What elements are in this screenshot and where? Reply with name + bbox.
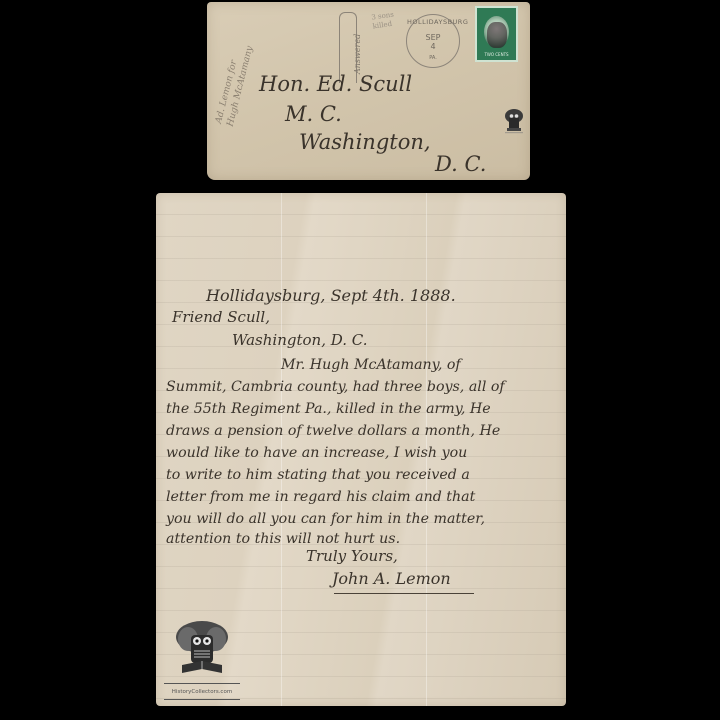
letter-body-line: Summit, Cambria county, had three boys, … [166,379,505,395]
stamp-denomination: TWO CENTS [477,52,516,57]
postmark-day: 4 [407,42,459,51]
envelope-pencil-note: 3 sons killed [371,11,396,32]
postmark: HOLLIDAYSBURG SEP 4 PA. [406,14,460,68]
envelope-pencil-word: Answered [353,34,362,74]
letter-signature: John A. Lemon [332,569,451,588]
watermark-text: HistoryCollectors.com [162,689,242,695]
address-line-1: Hon. Ed. Scull [259,72,412,96]
letter-salutation: Friend Scull, [172,308,270,326]
watermark-rule [164,699,240,700]
envelope-side-note: Ad. Lemon for Hugh McAtamany [213,0,277,128]
address-line-3: Washington, [299,130,431,154]
letter-salutation-city: Washington, D. C. [232,331,367,349]
letter-body-line: to write to him stating that you receive… [166,467,470,483]
envelope: Ad. Lemon for Hugh McAtamany Answered 3 … [207,2,530,180]
signature-underline [334,593,474,594]
owl-on-book-icon [174,619,230,677]
owl-watermark-icon [504,108,524,134]
watermark-rule [164,683,240,684]
postmark-state: PA. [407,55,459,61]
address-line-2: M. C. [285,102,342,126]
letter-body-line: letter from me in regard his claim and t… [166,489,475,505]
letter-body-line: would like to have an increase, I wish y… [166,445,467,461]
letter-body-line: Mr. Hugh McAtamany, of [281,357,461,373]
address-line-4: D. C. [435,152,486,176]
letter-closing: Truly Yours, [306,547,398,565]
letter-body-line: draws a pension of twelve dollars a mont… [166,423,500,439]
history-collectors-watermark: HistoryCollectors.com [162,613,242,703]
letter-body-line: the 55th Regiment Pa., killed in the arm… [166,401,491,417]
letter-page: Hollidaysburg, Sept 4th. 1888. Friend Sc… [156,193,566,706]
postage-stamp: TWO CENTS [475,6,518,62]
letter-body-line: you will do all you can for him in the m… [166,511,485,527]
letter-body-line: attention to this will not hurt us. [166,531,400,547]
cancellation-mark [487,22,507,48]
postmark-month: SEP [407,33,459,42]
postmark-town: HOLLIDAYSBURG [407,18,459,26]
letter-dateline: Hollidaysburg, Sept 4th. 1888. [206,286,456,305]
